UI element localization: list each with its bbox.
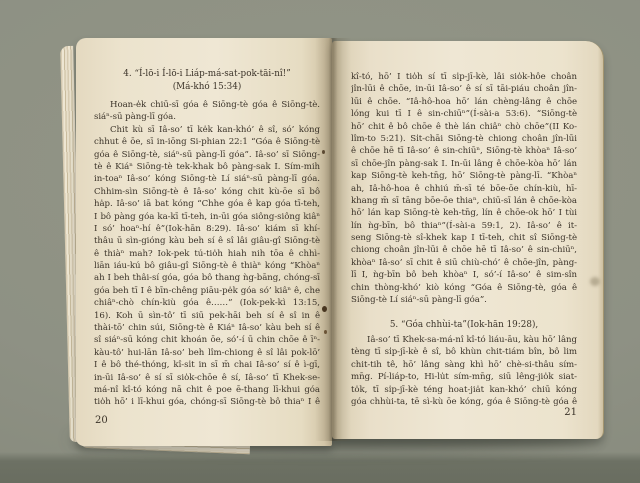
text-line: ê thiàⁿ mah? Iok-pek tú-tio̍h hiah nih t… [94, 248, 320, 260]
text-line: thâu ū sìn-gióng kàu beh sí ê sî lâi giâ… [94, 235, 320, 247]
left-page-body: Hoan-e̍k chiū-sī góa ê Siōng-tè góa ê Si… [94, 99, 320, 409]
text-line: lîm-to 5:21). Si̍t-chāi Siōng-tè chiong … [351, 133, 577, 145]
chapter-heading-reference: (Má-khó 15:34) [94, 81, 320, 94]
chapter-heading-title: 4. “Í-lō-i Í-lō-i Liáp-má-sat-pok-tāi-nî… [94, 68, 320, 81]
text-line: Iâ-so’ tī Khek-sa-má-nî kî-tó liáu-āu, k… [351, 334, 577, 346]
scanned-book-photo: 4. “Í-lō-i Í-lō-i Liáp-má-sat-pok-tāi-nî… [0, 0, 640, 483]
text-line: khang m̄ sī tāng bōe-ōe thiaⁿ, chiū-sī l… [351, 195, 577, 207]
gutter-speck [324, 330, 327, 334]
text-line: kap Siōng-tè keh-tn̄g, hō’ Siōng-tè pàng… [351, 170, 577, 182]
text-line: 16). Koh ū sìn-tô’ tī siū pek-hāi beh sí… [94, 310, 320, 322]
text-line: chiong choân jîn-lūi ê chōe hē tī Iâ-so’… [351, 244, 577, 256]
text-line: hō’ lán kap Siōng-tè keh-tn̄g, lín ê chō… [351, 207, 577, 219]
text-line: chin thòng-khó’ kiò kóng “Góa ê Siōng-tè… [351, 282, 577, 294]
text-line: Chit kù sī Iâ-so’ tī ke̍k kan-khó’ ê sî,… [94, 124, 320, 136]
chapter-heading-4: 4. “Í-lō-i Í-lō-i Liáp-má-sat-pok-tāi-nî… [94, 68, 320, 94]
section-heading-5: 5. “Góa chhùi-ta”(Iok-hān 19:28), [351, 319, 577, 332]
text-line: to̍k, tī si̍p-jī-kè téng hoat-jia̍t kan-… [351, 384, 577, 396]
text-line: Hoan-e̍k chiū-sī góa ê Siōng-tè góa ê Si… [94, 99, 320, 111]
text-line: chiâⁿ-chò chín-kiù góa ê……” (Iok-pek-kì … [94, 297, 320, 309]
text-line: ah, Iâ-hô-hoa ê chhiú m̄-sī té bōe-ōe ch… [351, 183, 577, 195]
text-line: seng Siōng-tè sî-khek kap I tī-teh, chit… [351, 232, 577, 244]
right-page-body-bottom: Iâ-so’ tī Khek-sa-má-nî kî-tó liáu-āu, k… [351, 334, 577, 408]
text-line: tèng tī si̍p-jī-kè ê sî, bô khùn chit-ti… [351, 346, 577, 358]
text-line: I só’ hoaⁿ-hí ê”(Iok-hān 8:29). Iâ-so’ k… [94, 223, 320, 235]
text-line: má-nî kî-tó kóng nā chit ê poe ē-thang l… [94, 384, 320, 396]
gutter-speck [322, 306, 327, 312]
text-line: lī I, ǹg-bīn bô beh khòaⁿ I, só’-í Iâ-so… [351, 269, 577, 281]
text-line: kàu-tô’ hui-lān Iâ-so’ beh lîm-chiong ê … [94, 347, 320, 359]
text-line: chit-tih tê, hō’ lâng sàng khì hō’ chè-s… [351, 359, 577, 371]
text-line: jîn-lūi ê chōe, in-ūi Iâ-so’ ê sí sī tāi… [351, 83, 577, 95]
page-stain [590, 277, 600, 286]
page-number-left: 20 [95, 414, 108, 427]
text-line: lín ǹg-bīn, bô thiaⁿ”(Í-sài-a 59:1, 2). … [351, 220, 577, 232]
text-line: mn̄g. Pí-liáp-to, Hi-lu̍t sím-mn̄g, siū … [351, 371, 577, 383]
text-line: hō’ chit ê bô chōe ê thè lán chiâⁿ chò c… [351, 121, 577, 133]
text-line: góa ê Siōng-tè, siáⁿ-sū pàng-lī góa”. Iâ… [94, 149, 320, 161]
text-line: chhut ê ōe, sī in-iōng Si-phian 22:1 “Gó… [94, 136, 320, 148]
text-line: lóng kui tī I ê sin-chiūⁿ”(Í-sài-a 53:6)… [351, 108, 577, 120]
background-bottom-shadow [0, 452, 640, 483]
text-line: tè ê Kiáⁿ Siōng-tè tek-khak bô pàng-sak … [94, 161, 320, 173]
text-line: góa beh tī I ê bīn-chêng piāu-pe̍k góa s… [94, 285, 320, 297]
text-line: ê chōe hē tī Iâ-so’ ê sin-chiūⁿ, Siōng-t… [351, 145, 577, 157]
text-line: kî-tó, hō’ I tio̍h sí tī si̍p-jī-kè, lâi… [351, 71, 577, 83]
text-line: liān iáu-kú bô giâu-gî Siōng-tè ê thiàⁿ … [94, 260, 320, 272]
text-line: thài-tō’ chin súi, Siōng-tè ê Kiáⁿ Iâ-so… [94, 322, 320, 334]
text-line: Siōng-tè Lí siáⁿ-sū pàng-lī góa”. [351, 294, 577, 306]
text-line: I ê bô thé-thóng, kî-si̍t in sī m̄ chai … [94, 359, 320, 371]
book-gutter-shadow [315, 38, 351, 441]
text-line: Chhim-sìn Siōng-tè ê Iâ-so’ kóng chit kù… [94, 186, 320, 198]
text-line: tio̍h hō’ i lī-khui góa, chóng-sī Siōng-… [94, 396, 320, 408]
text-line: ah I beh thâi-sí góa, góa bô thang ǹg-bā… [94, 272, 320, 284]
right-page-body-top: kî-tó, hō’ I tio̍h sí tī si̍p-jī-kè, lâi… [351, 71, 577, 306]
text-line: in-toaⁿ Iâ-so’ kóng Siōng-tè Lí siáⁿ-sū … [94, 173, 320, 185]
text-line: in-ūi Iâ-so’ ê sí sī sio̍k-chōe ê sí, Iâ… [94, 372, 320, 384]
text-line: siáⁿ-sū pàng-lī góa. [94, 111, 320, 123]
text-line: I bô pàng góa ka-kī tī-teh, in-ūi góa si… [94, 211, 320, 223]
gutter-speck [322, 150, 325, 154]
text-line: khòaⁿ Iâ-so’ sī chit ê siū chiù-chó’ ê c… [351, 257, 577, 269]
text-line: lūi ê chōe. “Iâ-hô-hoa hō’ lán chèng-lân… [351, 96, 577, 108]
text-line: sî siáⁿ-sū kóng chit khoán ōe, só’-í ū c… [94, 334, 320, 346]
page-number-right: 21 [351, 406, 577, 419]
text-line: ha̍p. Iâ-so’ iā bat kóng “Chhe góa ê kap… [94, 198, 320, 210]
text-line: sī chōe-jîn pàng-sak I. In-ūi lâng ê chō… [351, 158, 577, 170]
